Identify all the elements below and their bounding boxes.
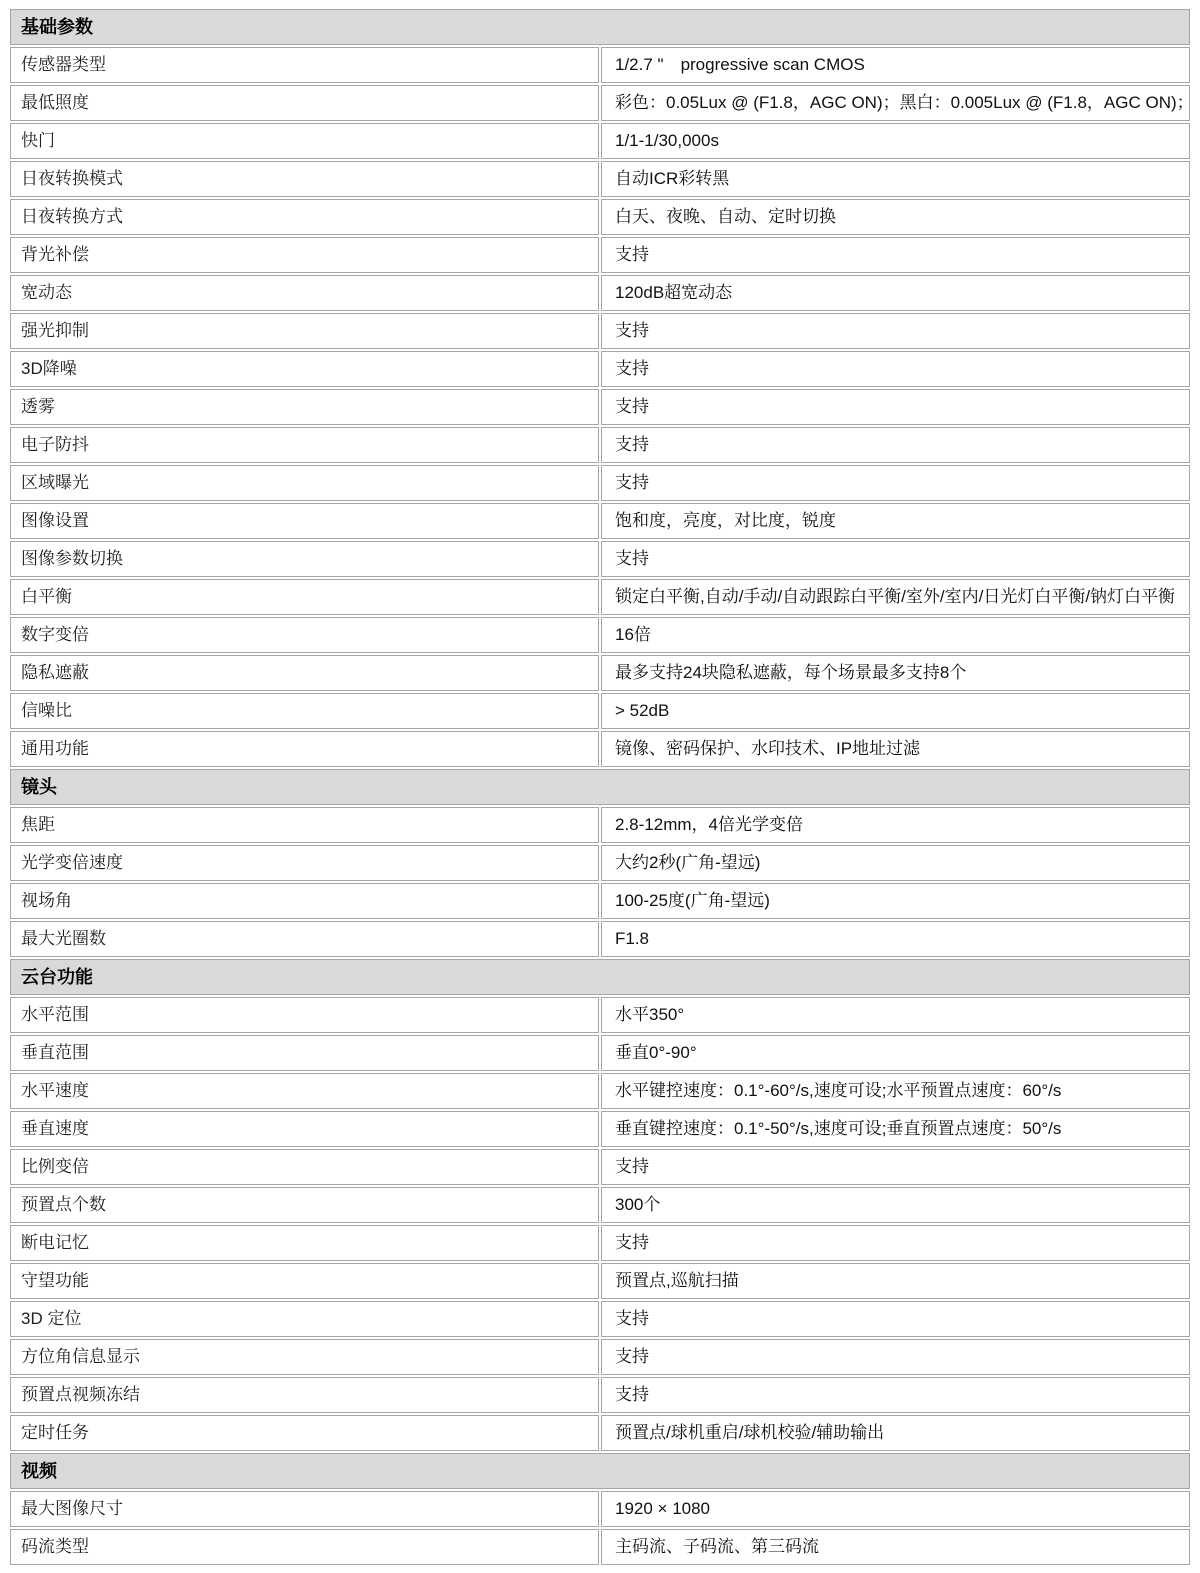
spec-value: 支持 (601, 427, 1190, 463)
spec-row: 信噪比> 52dB (10, 693, 1190, 729)
spec-row: 光学变倍速度大约2秒(广角-望远) (10, 845, 1190, 881)
spec-row: 垂直速度垂直键控速度：0.1°-50°/s,速度可设;垂直预置点速度：50°/s (10, 1111, 1190, 1147)
spec-value: 支持 (601, 1301, 1190, 1337)
spec-row: 强光抑制支持 (10, 313, 1190, 349)
spec-label: 强光抑制 (10, 313, 599, 349)
spec-value: 1/2.7 " progressive scan CMOS (601, 47, 1190, 83)
spec-label: 比例变倍 (10, 1149, 599, 1185)
spec-value: 最多支持24块隐私遮蔽，每个场景最多支持8个 (601, 655, 1190, 691)
spec-value: 饱和度，亮度，对比度，锐度 (601, 503, 1190, 539)
spec-value: 支持 (601, 1377, 1190, 1413)
spec-value: > 52dB (601, 693, 1190, 729)
spec-row: 定时任务预置点/球机重启/球机校验/辅助输出 (10, 1415, 1190, 1451)
spec-row: 白平衡锁定白平衡,自动/手动/自动跟踪白平衡/室外/室内/日光灯白平衡/钠灯白平… (10, 579, 1190, 615)
spec-value: 预置点,巡航扫描 (601, 1263, 1190, 1299)
spec-label: 通用功能 (10, 731, 599, 767)
spec-row: 视场角100-25度(广角-望远) (10, 883, 1190, 919)
spec-row: 3D 定位支持 (10, 1301, 1190, 1337)
spec-value: 垂直键控速度：0.1°-50°/s,速度可设;垂直预置点速度：50°/s (601, 1111, 1190, 1147)
spec-label: 透雾 (10, 389, 599, 425)
spec-label: 最大图像尺寸 (10, 1491, 599, 1527)
spec-row: 预置点视频冻结支持 (10, 1377, 1190, 1413)
spec-value: 主码流、子码流、第三码流 (601, 1529, 1190, 1565)
spec-row: 图像参数切换支持 (10, 541, 1190, 577)
spec-value: 白天、夜晚、自动、定时切换 (601, 199, 1190, 235)
spec-label: 数字变倍 (10, 617, 599, 653)
spec-row: 比例变倍支持 (10, 1149, 1190, 1185)
spec-row: 焦距2.8-12mm，4倍光学变倍 (10, 807, 1190, 843)
spec-row: 方位角信息显示支持 (10, 1339, 1190, 1375)
spec-label: 区域曝光 (10, 465, 599, 501)
spec-label: 图像设置 (10, 503, 599, 539)
spec-label: 视场角 (10, 883, 599, 919)
spec-label: 水平速度 (10, 1073, 599, 1109)
spec-label: 隐私遮蔽 (10, 655, 599, 691)
spec-label: 最低照度 (10, 85, 599, 121)
section-title: 云台功能 (10, 959, 1190, 995)
spec-row: 宽动态120dB超宽动态 (10, 275, 1190, 311)
spec-row: 电子防抖支持 (10, 427, 1190, 463)
spec-value: F1.8 (601, 921, 1190, 957)
spec-row: 背光补偿支持 (10, 237, 1190, 273)
spec-row: 数字变倍16倍 (10, 617, 1190, 653)
spec-label: 垂直范围 (10, 1035, 599, 1071)
spec-row: 预置点个数300个 (10, 1187, 1190, 1223)
spec-label: 日夜转换模式 (10, 161, 599, 197)
section-header-row: 视频 (10, 1453, 1190, 1489)
spec-row: 区域曝光支持 (10, 465, 1190, 501)
spec-value: 支持 (601, 541, 1190, 577)
spec-value: 水平350° (601, 997, 1190, 1033)
spec-value: 自动ICR彩转黑 (601, 161, 1190, 197)
spec-label: 焦距 (10, 807, 599, 843)
spec-label: 快门 (10, 123, 599, 159)
spec-value: 120dB超宽动态 (601, 275, 1190, 311)
spec-label: 水平范围 (10, 997, 599, 1033)
spec-row: 通用功能镜像、密码保护、水印技术、IP地址过滤 (10, 731, 1190, 767)
spec-value: 支持 (601, 389, 1190, 425)
spec-row: 透雾支持 (10, 389, 1190, 425)
spec-row: 传感器类型1/2.7 " progressive scan CMOS (10, 47, 1190, 83)
spec-row: 水平速度水平键控速度：0.1°-60°/s,速度可设;水平预置点速度：60°/s (10, 1073, 1190, 1109)
spec-value: 水平键控速度：0.1°-60°/s,速度可设;水平预置点速度：60°/s (601, 1073, 1190, 1109)
spec-label: 守望功能 (10, 1263, 599, 1299)
section-header-row: 基础参数 (10, 9, 1190, 45)
section-title: 基础参数 (10, 9, 1190, 45)
spec-value: 支持 (601, 1339, 1190, 1375)
spec-value: 1920 × 1080 (601, 1491, 1190, 1527)
spec-row: 3D降噪支持 (10, 351, 1190, 387)
spec-value: 锁定白平衡,自动/手动/自动跟踪白平衡/室外/室内/日光灯白平衡/钠灯白平衡 (601, 579, 1190, 615)
spec-label: 传感器类型 (10, 47, 599, 83)
spec-value: 300个 (601, 1187, 1190, 1223)
spec-row: 码流类型主码流、子码流、第三码流 (10, 1529, 1190, 1565)
spec-value: 镜像、密码保护、水印技术、IP地址过滤 (601, 731, 1190, 767)
spec-label: 方位角信息显示 (10, 1339, 599, 1375)
spec-label: 信噪比 (10, 693, 599, 729)
spec-value: 支持 (601, 237, 1190, 273)
spec-label: 电子防抖 (10, 427, 599, 463)
section-header-row: 镜头 (10, 769, 1190, 805)
spec-value: 预置点/球机重启/球机校验/辅助输出 (601, 1415, 1190, 1451)
section-title: 视频 (10, 1453, 1190, 1489)
spec-value: 支持 (601, 1225, 1190, 1261)
spec-value: 2.8-12mm，4倍光学变倍 (601, 807, 1190, 843)
spec-label: 预置点视频冻结 (10, 1377, 599, 1413)
spec-value: 彩色：0.05Lux @ (F1.8，AGC ON)；黑白：0.005Lux @… (601, 85, 1190, 121)
spec-value: 大约2秒(广角-望远) (601, 845, 1190, 881)
spec-row: 最低照度彩色：0.05Lux @ (F1.8，AGC ON)；黑白：0.005L… (10, 85, 1190, 121)
spec-row: 图像设置饱和度，亮度，对比度，锐度 (10, 503, 1190, 539)
spec-label: 3D降噪 (10, 351, 599, 387)
spec-row: 日夜转换方式白天、夜晚、自动、定时切换 (10, 199, 1190, 235)
spec-label: 宽动态 (10, 275, 599, 311)
section-title: 镜头 (10, 769, 1190, 805)
spec-label: 定时任务 (10, 1415, 599, 1451)
spec-row: 日夜转换模式自动ICR彩转黑 (10, 161, 1190, 197)
spec-label: 断电记忆 (10, 1225, 599, 1261)
spec-sheet: 基础参数传感器类型1/2.7 " progressive scan CMOS最低… (0, 0, 1200, 1567)
spec-row: 最大光圈数F1.8 (10, 921, 1190, 957)
spec-label: 码流类型 (10, 1529, 599, 1565)
spec-table: 基础参数传感器类型1/2.7 " progressive scan CMOS最低… (8, 7, 1192, 1567)
spec-value: 1/1-1/30,000s (601, 123, 1190, 159)
spec-row: 快门1/1-1/30,000s (10, 123, 1190, 159)
spec-label: 预置点个数 (10, 1187, 599, 1223)
spec-value: 16倍 (601, 617, 1190, 653)
spec-value: 支持 (601, 351, 1190, 387)
section-header-row: 云台功能 (10, 959, 1190, 995)
spec-row: 垂直范围垂直0°-90° (10, 1035, 1190, 1071)
spec-value: 支持 (601, 313, 1190, 349)
spec-value: 支持 (601, 1149, 1190, 1185)
spec-label: 3D 定位 (10, 1301, 599, 1337)
spec-value: 100-25度(广角-望远) (601, 883, 1190, 919)
spec-label: 日夜转换方式 (10, 199, 599, 235)
spec-label: 垂直速度 (10, 1111, 599, 1147)
spec-label: 光学变倍速度 (10, 845, 599, 881)
spec-value: 垂直0°-90° (601, 1035, 1190, 1071)
spec-label: 最大光圈数 (10, 921, 599, 957)
spec-label: 背光补偿 (10, 237, 599, 273)
spec-row: 隐私遮蔽最多支持24块隐私遮蔽，每个场景最多支持8个 (10, 655, 1190, 691)
spec-row: 水平范围水平350° (10, 997, 1190, 1033)
spec-table-body: 基础参数传感器类型1/2.7 " progressive scan CMOS最低… (10, 9, 1190, 1565)
spec-label: 白平衡 (10, 579, 599, 615)
spec-label: 图像参数切换 (10, 541, 599, 577)
spec-row: 最大图像尺寸1920 × 1080 (10, 1491, 1190, 1527)
spec-row: 断电记忆支持 (10, 1225, 1190, 1261)
spec-row: 守望功能预置点,巡航扫描 (10, 1263, 1190, 1299)
spec-value: 支持 (601, 465, 1190, 501)
